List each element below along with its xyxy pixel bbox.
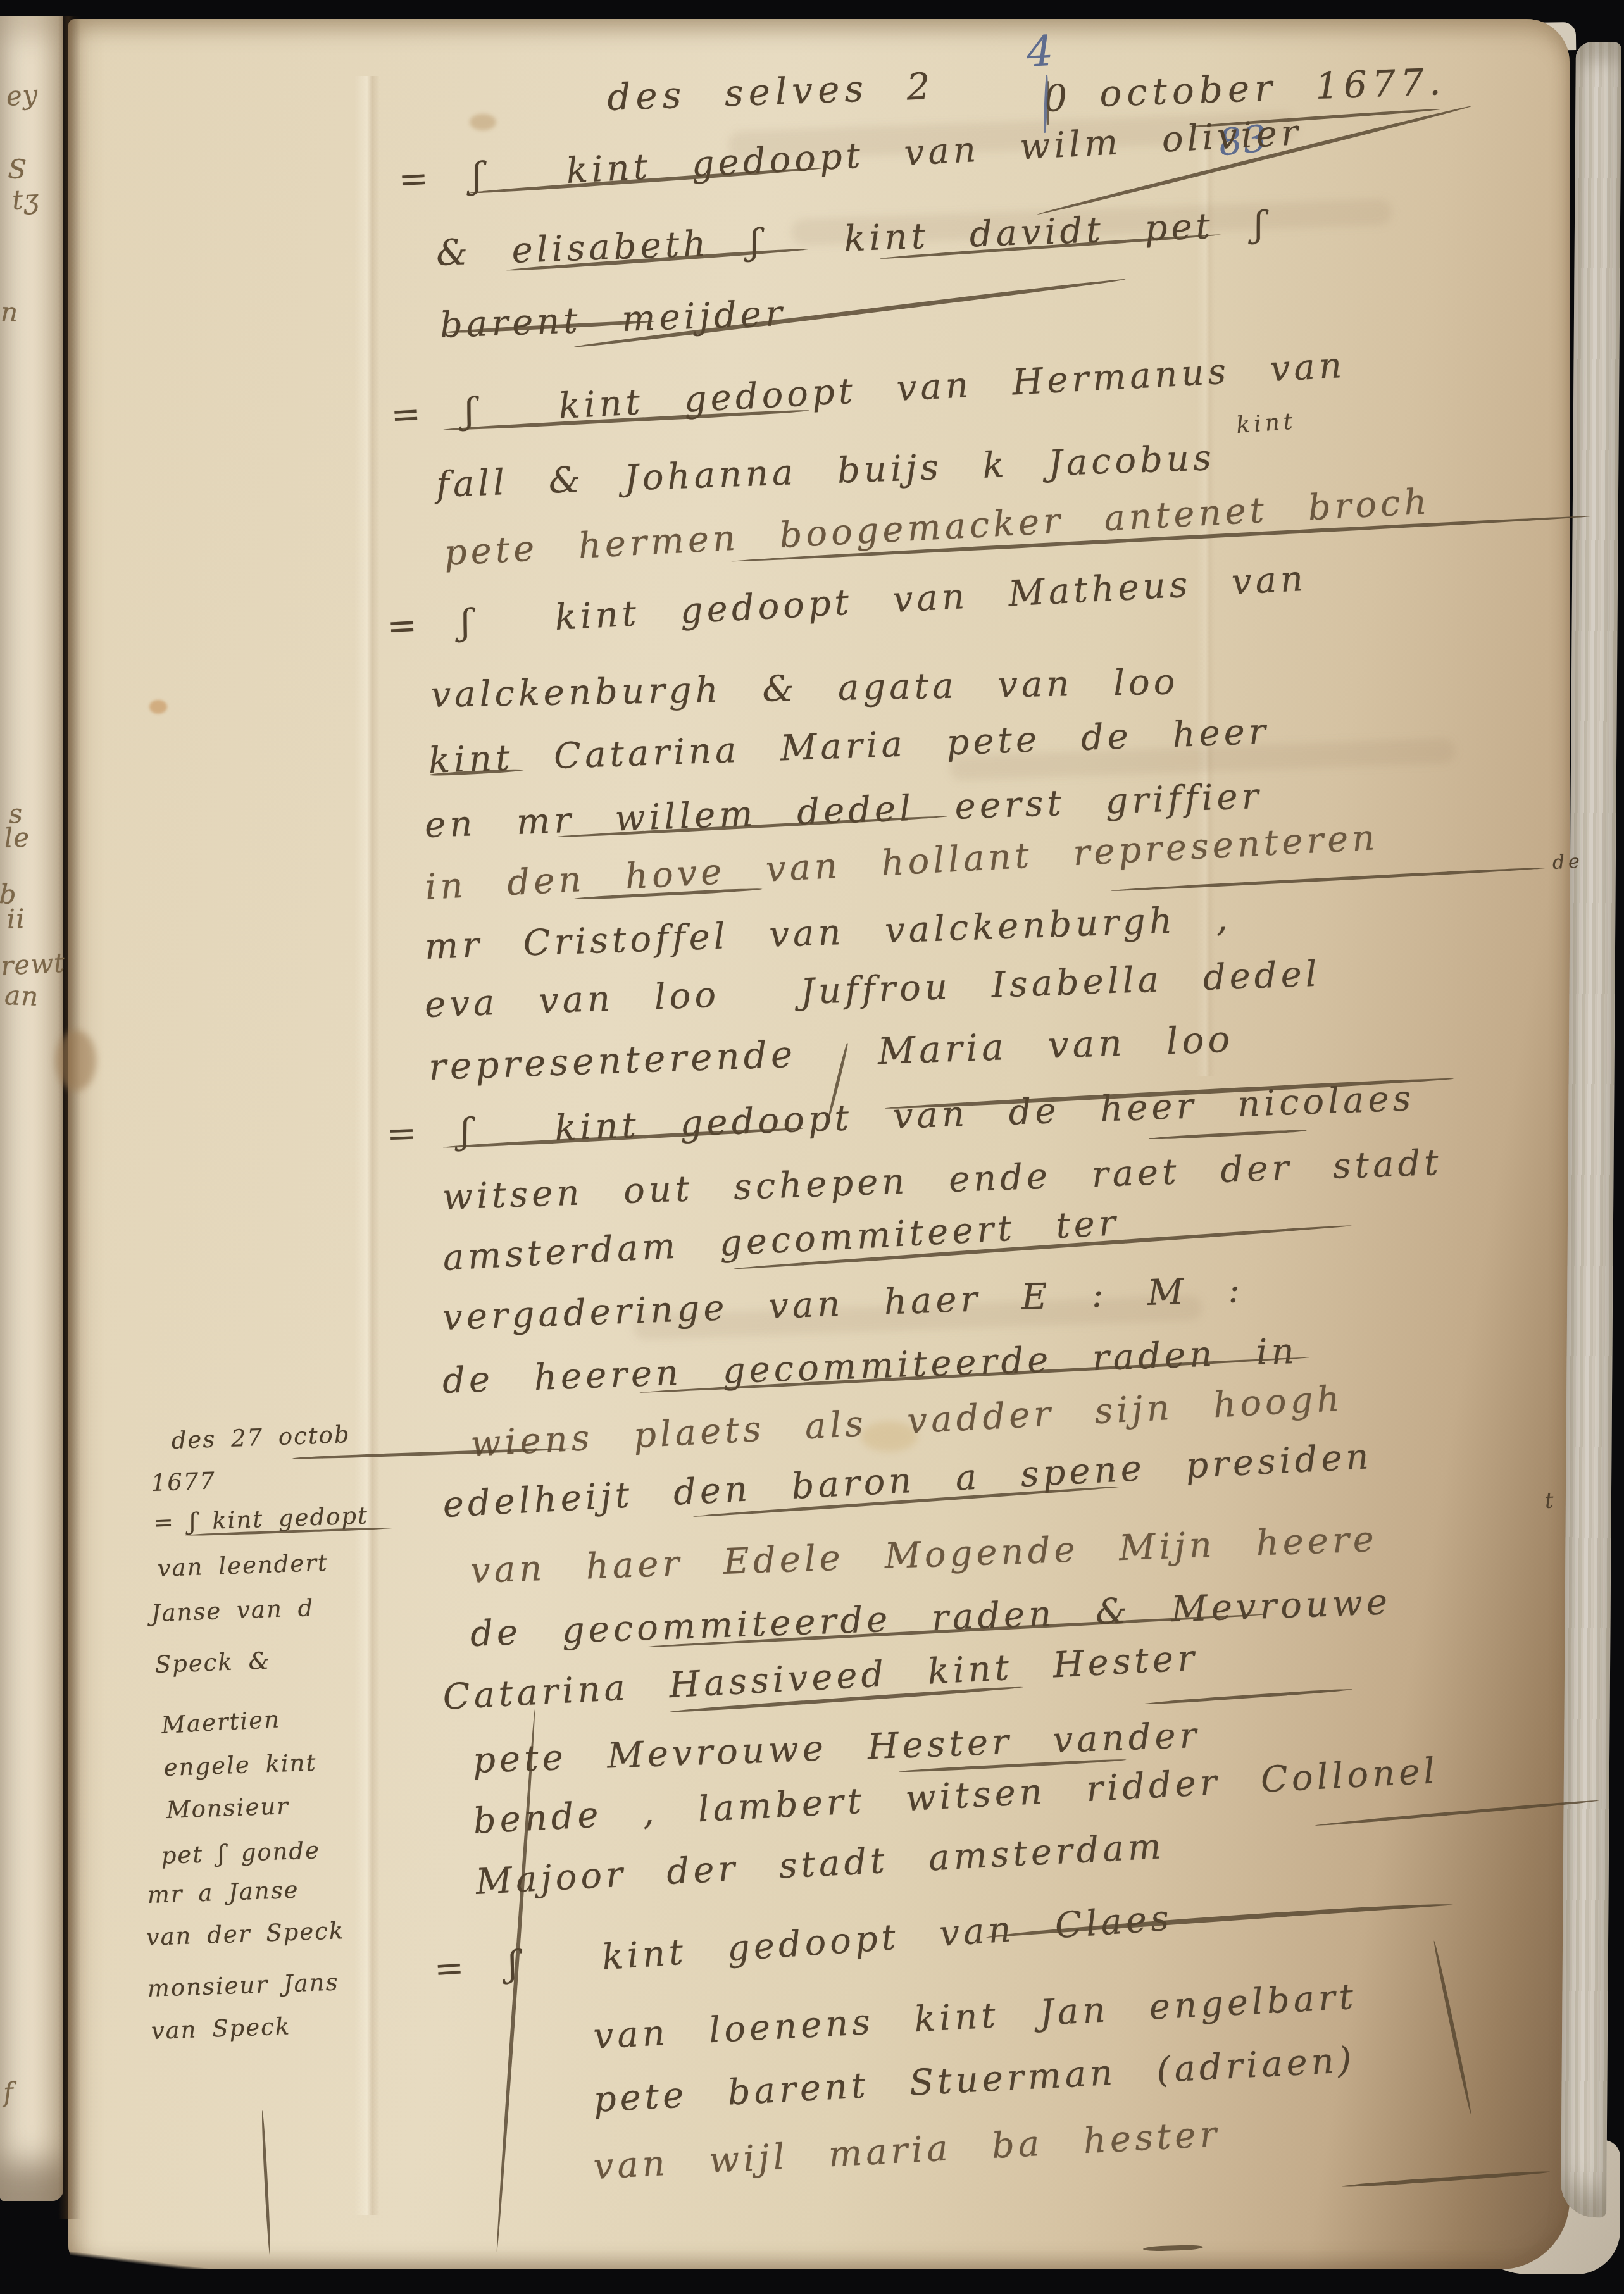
superscript-word: de — [1552, 850, 1584, 874]
book-photo: { "document": { "type": "handwritten bap… — [0, 0, 1624, 2294]
interlinear-word: kint — [1235, 408, 1297, 439]
facing-page-sliver — [0, 16, 63, 2201]
edge-text-fragment: f — [3, 2076, 15, 2108]
edge-text-fragment: ii — [6, 903, 26, 935]
margin-note-line: pet ʃ gonde — [161, 1836, 321, 1869]
paper-stain — [56, 1030, 96, 1091]
margin-note-line: van Speck — [151, 2012, 291, 2045]
margin-note-line: Speck & — [154, 1647, 271, 1678]
book-fore-edge — [1561, 42, 1621, 2217]
edge-text-fragment: ey — [5, 78, 39, 111]
margin-note-line: Monsieur — [166, 1792, 290, 1824]
paper-stain — [149, 700, 167, 714]
margin-note-line: 1677 — [151, 1467, 216, 1497]
edge-text-fragment: S — [7, 153, 27, 185]
edge-text-fragment: le — [4, 822, 30, 854]
edge-text-fragment: tʒ — [11, 184, 40, 216]
edge-text-fragment: an — [4, 980, 39, 1012]
paper-stain — [470, 114, 496, 130]
edge-text-fragment: n — [0, 296, 19, 328]
superscript-word: t — [1544, 1488, 1558, 1514]
margin-note-line: engele kint — [163, 1749, 317, 1781]
day-correction-pencil: 4 — [1025, 27, 1056, 77]
page-bottom-shadow — [0, 2238, 456, 2294]
margin-note-line: Janse van d — [151, 1594, 315, 1627]
edge-text-fragment: rewt — [0, 947, 66, 982]
page-crease — [354, 76, 380, 2215]
binding-gutter — [58, 16, 81, 2219]
margin-note-line: mr a Janse — [147, 1876, 299, 1909]
